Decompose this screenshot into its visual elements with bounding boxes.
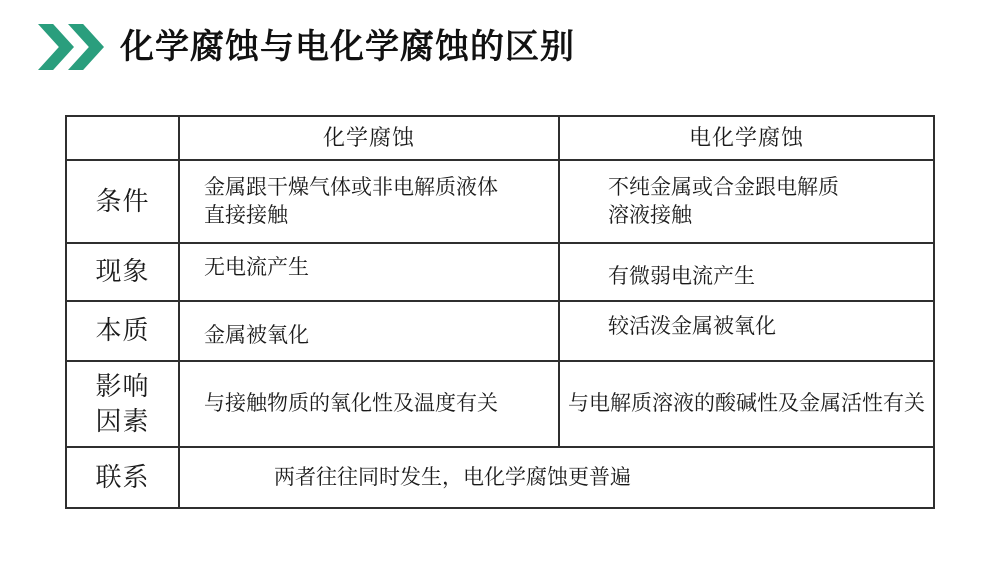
header-cell-chemical: 化学腐蚀 <box>180 117 558 159</box>
cell-phenomenon-electrochemical: 有微弱电流产生 <box>560 244 933 300</box>
row-label-essence: 本质 <box>67 302 178 360</box>
header-cell-electrochemical: 电化学腐蚀 <box>560 117 933 159</box>
cell-factors-electrochemical: 与电解质溶液的酸碱性及金属活性有关 <box>560 362 933 446</box>
cell-connection-merged: 两者往往同时发生，电化学腐蚀更普遍 <box>180 448 933 507</box>
row-label-influencing-factors: 影响 因素 <box>67 362 178 446</box>
double-chevron-right-icon <box>38 24 104 70</box>
comparison-table: 化学腐蚀 电化学腐蚀 条件 金属跟干燥气体或非电解质液体 直接接触 不纯金属或合… <box>65 115 935 509</box>
slide: 化学腐蚀与电化学腐蚀的区别 化学腐蚀 电化学腐蚀 条件 金属跟干燥气体或非电解质… <box>0 0 1000 563</box>
cell-factors-chemical: 与接触物质的氧化性及温度有关 <box>180 362 558 446</box>
cell-condition-chemical: 金属跟干燥气体或非电解质液体 直接接触 <box>180 161 558 242</box>
page-title: 化学腐蚀与电化学腐蚀的区别 <box>120 27 575 68</box>
row-label-connection: 联系 <box>67 448 178 507</box>
cell-essence-electrochemical: 较活泼金属被氧化 <box>560 302 933 360</box>
cell-condition-electrochemical: 不纯金属或合金跟电解质 溶液接触 <box>560 161 933 242</box>
row-label-phenomenon: 现象 <box>67 244 178 300</box>
cell-phenomenon-chemical: 无电流产生 <box>180 244 558 300</box>
chevron-right-icon <box>38 24 74 70</box>
title-row: 化学腐蚀与电化学腐蚀的区别 <box>38 24 575 70</box>
corner-cell <box>67 117 178 159</box>
row-label-condition: 条件 <box>67 161 178 242</box>
cell-essence-chemical: 金属被氧化 <box>180 302 558 360</box>
